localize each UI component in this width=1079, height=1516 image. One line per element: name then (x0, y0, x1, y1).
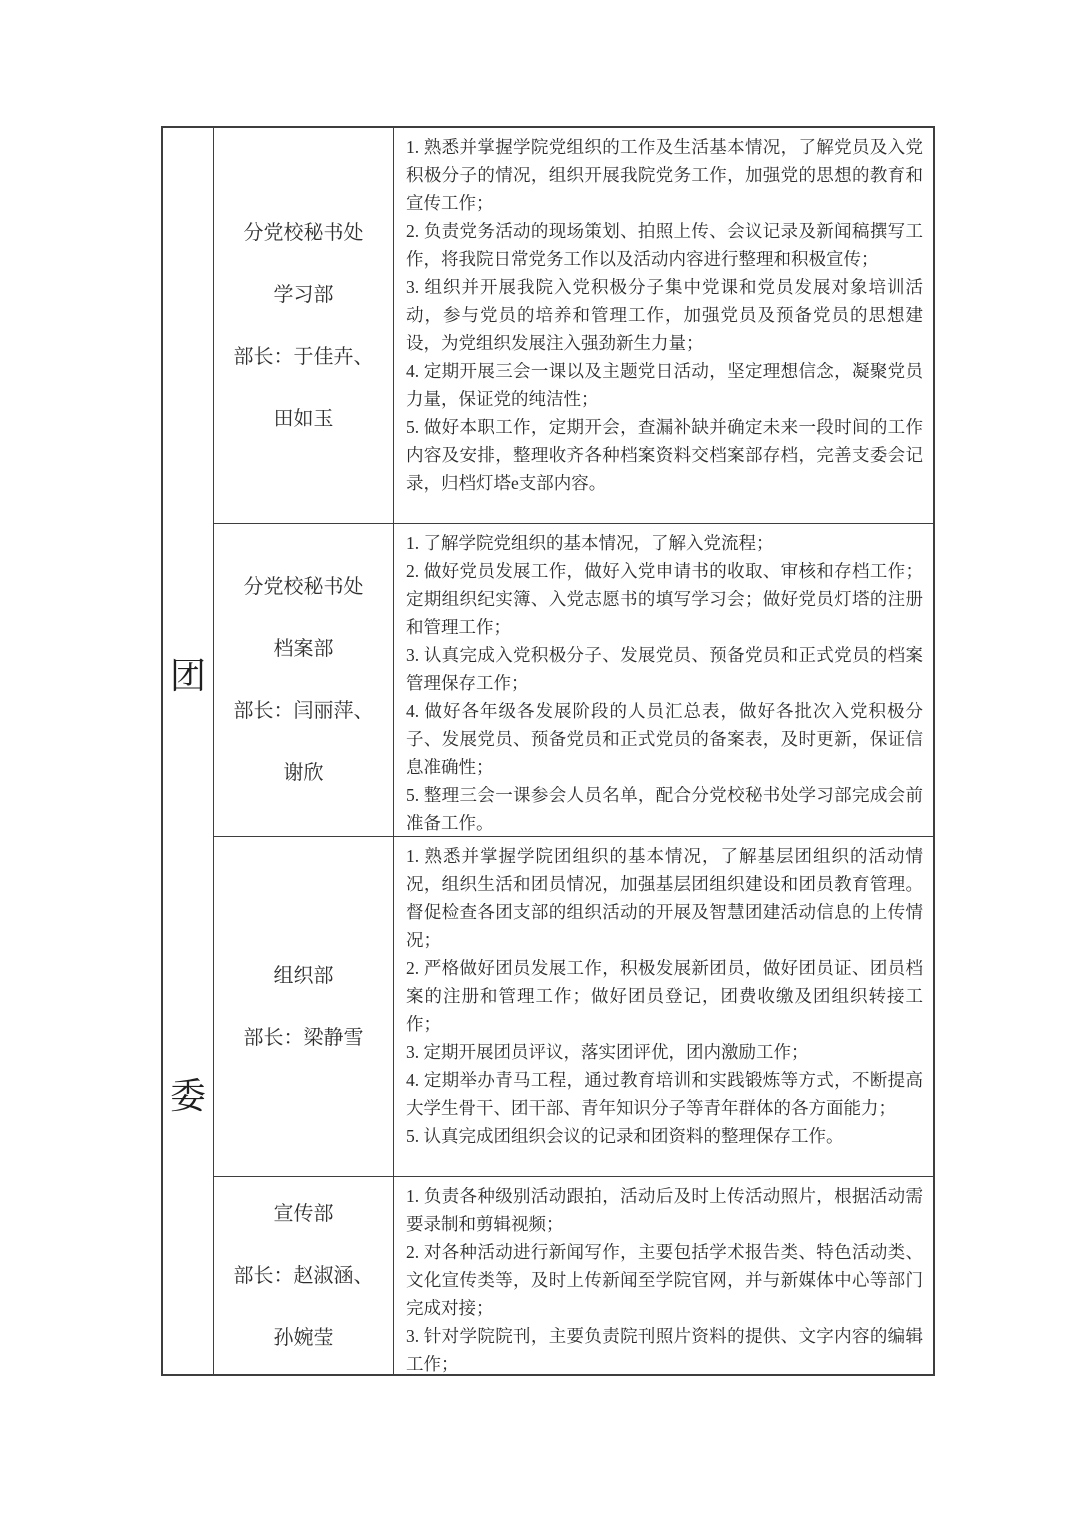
duty-item: 1. 负责各种级别活动跟拍，活动后及时上传活动照片，根据活动需要录制和剪辑视频； (406, 1182, 923, 1238)
dept-name-line: 档案部 (274, 636, 334, 662)
duty-item: 2. 做好党员发展工作，做好入党申请书的收取、审核和存档工作；定期组织纪实簿、入… (406, 557, 923, 641)
committee-char-wei: 委 (170, 1078, 206, 1114)
dept-cell-organization: 组织部 部长：梁静雪 (213, 836, 393, 1176)
duty-item: 2. 对各种活动进行新闻写作，主要包括学术报告类、特色活动类、文化宣传类等，及时… (406, 1238, 923, 1322)
dept-name-line: 分党校秘书处 (244, 220, 364, 246)
duty-item: 3. 组织并开展我院入党积极分子集中党课和党员发展对象培训活动，参与党员的培养和… (406, 273, 923, 357)
duty-item: 5. 整理三会一课参会人员名单，配合分党校秘书处学习部完成会前准备工作。 (406, 781, 923, 837)
dept-leader-line: 谢欣 (284, 760, 324, 786)
dept-leader-line: 部长：赵淑涵、 (234, 1263, 374, 1289)
dept-cell-study: 分党校秘书处 学习部 部长：于佳卉、 田如玉 (213, 128, 393, 523)
dept-name-line: 组织部 (274, 963, 334, 989)
dept-leader-line: 孙婉莹 (274, 1325, 334, 1351)
duty-item: 1. 熟悉并掌握学院党组织的工作及生活基本情况，了解党员及入党积极分子的情况，组… (406, 133, 923, 217)
duty-item: 4. 做好各年级各发展阶段的人员汇总表，做好各批次入党积极分子、发展党员、预备党… (406, 697, 923, 781)
committee-char-tuan: 团 (170, 658, 206, 694)
dept-name-line: 学习部 (274, 282, 334, 308)
dept-cell-archives: 分党校秘书处 档案部 部长：闫丽萍、 谢欣 (213, 523, 393, 836)
org-structure-table: 团 委 分党校秘书处 学习部 部长：于佳卉、 田如玉 1. 熟悉并掌握学院党组织… (161, 126, 935, 1376)
duty-item: 2. 严格做好团员发展工作，积极发展新团员，做好团员证、团员档案的注册和管理工作… (406, 954, 923, 1038)
duties-cell-archives: 1. 了解学院党组织的基本情况，了解入党流程； 2. 做好党员发展工作，做好入党… (393, 523, 933, 836)
duty-item: 4. 定期开展三会一课以及主题党日活动，坚定理想信念，凝聚党员力量，保证党的纯洁… (406, 357, 923, 413)
duty-item: 1. 熟悉并掌握学院团组织的基本情况，了解基层团组织的活动情况，组织生活和团员情… (406, 842, 923, 954)
dept-leader-line: 部长：于佳卉、 (234, 344, 374, 370)
duty-item: 3. 定期开展团员评议，落实团评优，团内激励工作； (406, 1038, 923, 1066)
dept-name-line: 宣传部 (274, 1201, 334, 1227)
duty-item: 5. 做好本职工作，定期开会，查漏补缺并确定未来一段时间的工作内容及安排，整理收… (406, 413, 923, 497)
dept-leader-line: 田如玉 (274, 406, 334, 432)
dept-cell-publicity: 宣传部 部长：赵淑涵、 孙婉莹 (213, 1176, 393, 1374)
duties-cell-organization: 1. 熟悉并掌握学院团组织的基本情况，了解基层团组织的活动情况，组织生活和团员情… (393, 836, 933, 1176)
committee-label-cell: 团 委 (163, 128, 213, 1374)
duty-item: 1. 了解学院党组织的基本情况，了解入党流程； (406, 529, 923, 557)
duty-item: 4. 定期举办青马工程，通过教育培训和实践锻炼等方式，不断提高大学生骨干、团干部… (406, 1066, 923, 1122)
document-page: 团 委 分党校秘书处 学习部 部长：于佳卉、 田如玉 1. 熟悉并掌握学院党组织… (0, 0, 1079, 1516)
duties-cell-publicity: 1. 负责各种级别活动跟拍，活动后及时上传活动照片，根据活动需要录制和剪辑视频；… (393, 1176, 933, 1374)
duties-cell-study: 1. 熟悉并掌握学院党组织的工作及生活基本情况，了解党员及入党积极分子的情况，组… (393, 128, 933, 523)
duty-item: 5. 认真完成团组织会议的记录和团资料的整理保存工作。 (406, 1122, 923, 1150)
dept-leader-line: 部长：闫丽萍、 (234, 698, 374, 724)
duty-item: 2. 负责党务活动的现场策划、拍照上传、会议记录及新闻稿撰写工作，将我院日常党务… (406, 217, 923, 273)
duty-item: 3. 认真完成入党积极分子、发展党员、预备党员和正式党员的档案管理保存工作； (406, 641, 923, 697)
duty-item: 3. 针对学院院刊，主要负责院刊照片资料的提供、文字内容的编辑工作； (406, 1322, 923, 1378)
dept-leader-line: 部长：梁静雪 (244, 1025, 364, 1051)
dept-name-line: 分党校秘书处 (244, 574, 364, 600)
